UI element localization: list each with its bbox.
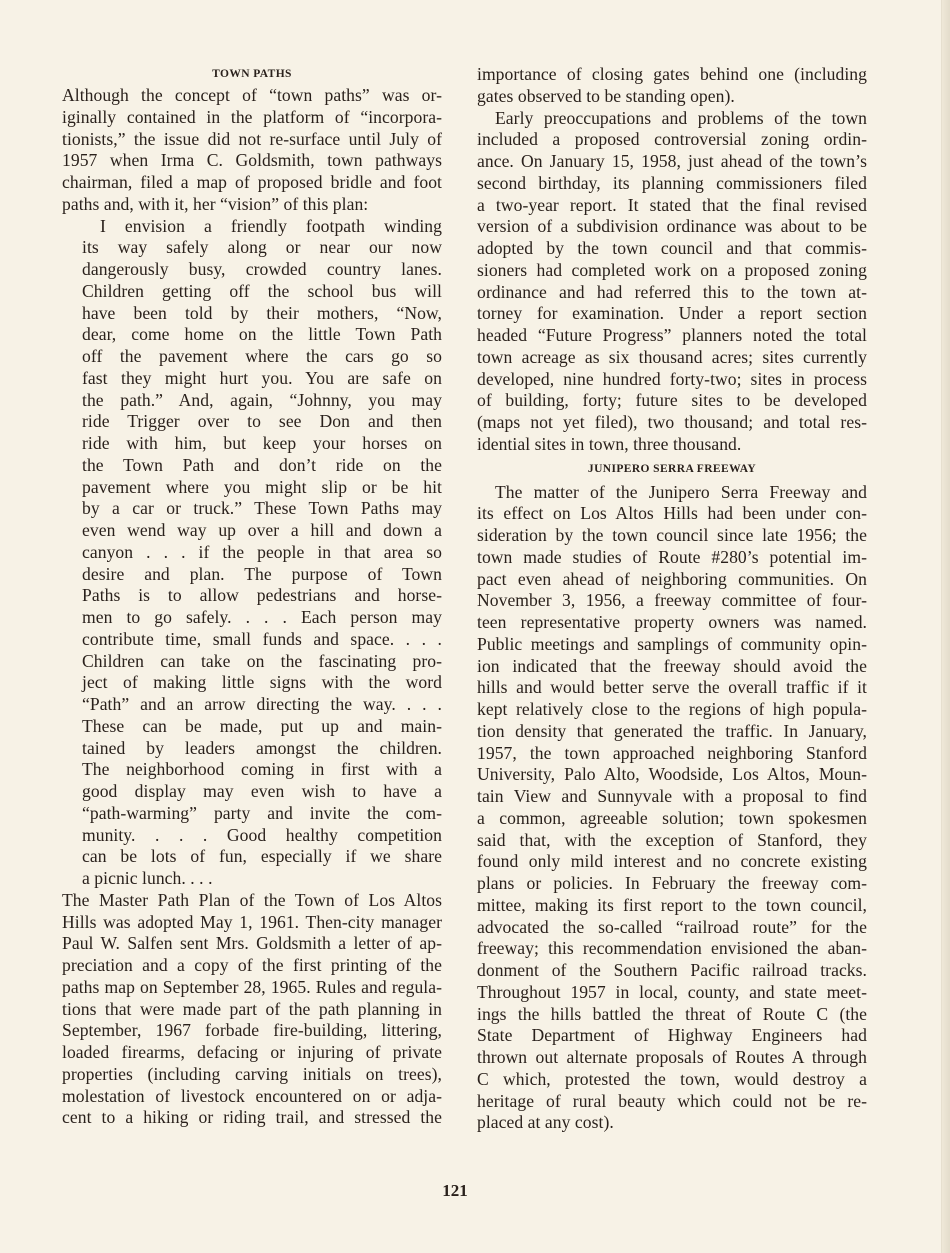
text-line: headed “Future Progress” planners noted … [477, 325, 867, 347]
text-line: 1957, the town approached neighboring St… [477, 743, 867, 765]
text-line: iginally contained in the platform of “i… [62, 107, 442, 129]
text-line: properties (including carving initials o… [62, 1064, 442, 1086]
text-line: said that, with the exception of Stanfor… [477, 830, 867, 852]
text-line: chairman, filed a map of proposed bridle… [62, 172, 442, 194]
text-line: importance of closing gates behind one (… [477, 64, 867, 86]
text-line: (maps not yet filed), two thousand; and … [477, 412, 867, 434]
text-line: ion indicated that the freeway should av… [477, 656, 867, 678]
text-line: ings the hills battled the threat of Rou… [477, 1004, 867, 1026]
text-line: donment of the Southern Pacific railroad… [477, 960, 867, 982]
goldsmith-vision-quote: I envision a friendly footpath windingit… [62, 216, 442, 890]
freeway-paragraph: The matter of the Junipero Serra Freeway… [477, 482, 867, 1135]
town-paths-intro-paragraph: Although the concept of “town paths” was… [62, 85, 442, 216]
text-line: dangerously busy, crowded country lanes. [62, 259, 442, 281]
text-line: paths map on September 28, 1965. Rules a… [62, 977, 442, 999]
text-line: thrown out alternate proposals of Routes… [477, 1047, 867, 1069]
text-line: The neighborhood coming in first with a [62, 759, 442, 781]
page-edge [941, 0, 950, 1253]
text-line: good display may even wish to have a [62, 781, 442, 803]
text-line: September, 1967 forbade fire-building, l… [62, 1020, 442, 1042]
text-line: tionists,” the issue did not re-surface … [62, 129, 442, 151]
text-line: mittee, making its first report to the t… [477, 895, 867, 917]
text-line: desire and plan. The purpose of Town [62, 564, 442, 586]
text-line: freeway; this recommendation envisioned … [477, 938, 867, 960]
left-column: TOWN PATHS Although the concept of “town… [62, 64, 442, 1129]
text-line: canyon . . . if the people in that area … [62, 542, 442, 564]
text-line: developed, nine hundred forty-two; sites… [477, 369, 867, 391]
text-line: 1957 when Irma C. Goldsmith, town pathwa… [62, 150, 442, 172]
text-line: Children can take on the fascinating pro… [62, 651, 442, 673]
text-line: hills and would better serve the overall… [477, 677, 867, 699]
text-line: can be lots of fun, especially if we sha… [62, 846, 442, 868]
text-line: “path-warming” party and invite the com- [62, 803, 442, 825]
text-line: by a car or truck.” These Town Paths may [62, 498, 442, 520]
text-line: The Master Path Plan of the Town of Los … [62, 890, 442, 912]
text-line: preciation and a copy of the first print… [62, 955, 442, 977]
text-line: have been told by their mothers, “Now, [62, 303, 442, 325]
text-line: November 3, 1956, a freeway committee of… [477, 590, 867, 612]
text-line: a two-year report. It stated that the fi… [477, 195, 867, 217]
text-line: tion density that generated the traffic.… [477, 721, 867, 743]
text-line: ride Trigger over to see Don and then [62, 411, 442, 433]
text-line: pavement where you might slip or be hit [62, 477, 442, 499]
page-number: 121 [0, 1181, 930, 1201]
text-line: tions that were made part of the path pl… [62, 999, 442, 1021]
text-line: town made studies of Route #280’s potent… [477, 547, 867, 569]
right-column: importance of closing gates behind one (… [477, 64, 867, 1134]
text-line: included a proposed controversial zoning… [477, 129, 867, 151]
text-line: cent to a hiking or riding trail, and st… [62, 1107, 442, 1129]
text-line: second birthday, its planning commission… [477, 173, 867, 195]
text-line: Throughout 1957 in local, county, and st… [477, 982, 867, 1004]
text-line: plans or policies. In February the freew… [477, 873, 867, 895]
section-heading-junipero-serra-freeway: JUNIPERO SERRA FREEWAY [477, 459, 867, 480]
text-line: loaded firearms, defacing or injuring of… [62, 1042, 442, 1064]
text-line: Children getting off the school bus will [62, 281, 442, 303]
text-line: a picnic lunch. . . . [62, 868, 442, 890]
text-line: paths and, with it, her “vision” of this… [62, 194, 442, 216]
text-line: advocated the so-called “railroad route”… [477, 917, 867, 939]
text-line: tain View and Sunnyvale with a proposal … [477, 786, 867, 808]
text-line: contribute time, small funds and space. … [62, 629, 442, 651]
text-line: placed at any cost). [477, 1112, 867, 1134]
text-line: version of a subdivision ordinance was a… [477, 216, 867, 238]
text-line: idential sites in town, three thousand. [477, 434, 867, 456]
text-line: of building, forty; future sites to be d… [477, 390, 867, 412]
text-line: I envision a friendly footpath winding [62, 216, 442, 238]
text-line: ride with him, but keep your horses on [62, 433, 442, 455]
text-line: State Department of Highway Engineers ha… [477, 1025, 867, 1047]
text-line: off the pavement where the cars go so [62, 346, 442, 368]
text-line: its effect on Los Altos Hills had been u… [477, 503, 867, 525]
text-line: dear, come home on the little Town Path [62, 324, 442, 346]
text-line: gates observed to be standing open). [477, 86, 867, 108]
text-line: Public meetings and samplings of communi… [477, 634, 867, 656]
text-line: ance. On January 15, 1958, just ahead of… [477, 151, 867, 173]
text-line: Paths is to allow pedestrians and horse- [62, 585, 442, 607]
text-line: town acreage as six thousand acres; site… [477, 347, 867, 369]
text-line: Hills was adopted May 1, 1961. Then-city… [62, 912, 442, 934]
continuation-paragraph: importance of closing gates behind one (… [477, 64, 867, 108]
text-line: fast they might hurt you. You are safe o… [62, 368, 442, 390]
text-line: torney for examination. Under a report s… [477, 303, 867, 325]
text-line: teen representative property owners was … [477, 612, 867, 634]
text-line: pact even ahead of neighboring communiti… [477, 569, 867, 591]
text-line: sideration by the town council since lat… [477, 525, 867, 547]
text-line: These can be made, put up and main- [62, 716, 442, 738]
early-preoccupations-paragraph: Early preoccupations and problems of the… [477, 108, 867, 456]
text-line: men to go safely. . . . Each person may [62, 607, 442, 629]
text-line: the Town Path and don’t ride on the [62, 455, 442, 477]
text-line: kept relatively close to the regions of … [477, 699, 867, 721]
text-line: ject of making little signs with the wor… [62, 672, 442, 694]
text-line: adopted by the town council and that com… [477, 238, 867, 260]
text-line: Although the concept of “town paths” was… [62, 85, 442, 107]
text-line: even wend way up over a hill and down a [62, 520, 442, 542]
text-line: Paul W. Salfen sent Mrs. Goldsmith a let… [62, 933, 442, 955]
master-path-plan-paragraph: The Master Path Plan of the Town of Los … [62, 890, 442, 1129]
text-line: the path.” And, again, “Johnny, you may [62, 390, 442, 412]
text-line: heritage of rural beauty which could not… [477, 1091, 867, 1113]
text-line: Early preoccupations and problems of the… [477, 108, 867, 130]
text-line: “Path” and an arrow directing the way. .… [62, 694, 442, 716]
text-line: The matter of the Junipero Serra Freeway… [477, 482, 867, 504]
text-line: its way safely along or near our now [62, 237, 442, 259]
text-line: sioners had completed work on a proposed… [477, 260, 867, 282]
text-line: found only mild interest and no concrete… [477, 851, 867, 873]
section-heading-town-paths: TOWN PATHS [62, 64, 442, 85]
text-line: a common, agreeable solution; town spoke… [477, 808, 867, 830]
text-line: munity. . . . Good healthy competition [62, 825, 442, 847]
text-line: C which, protested the town, would destr… [477, 1069, 867, 1091]
text-line: molestation of livestock encountered on … [62, 1086, 442, 1108]
text-line: tained by leaders amongst the children. [62, 738, 442, 760]
text-line: University, Palo Alto, Woodside, Los Alt… [477, 764, 867, 786]
text-line: ordinance and had referred this to the t… [477, 282, 867, 304]
